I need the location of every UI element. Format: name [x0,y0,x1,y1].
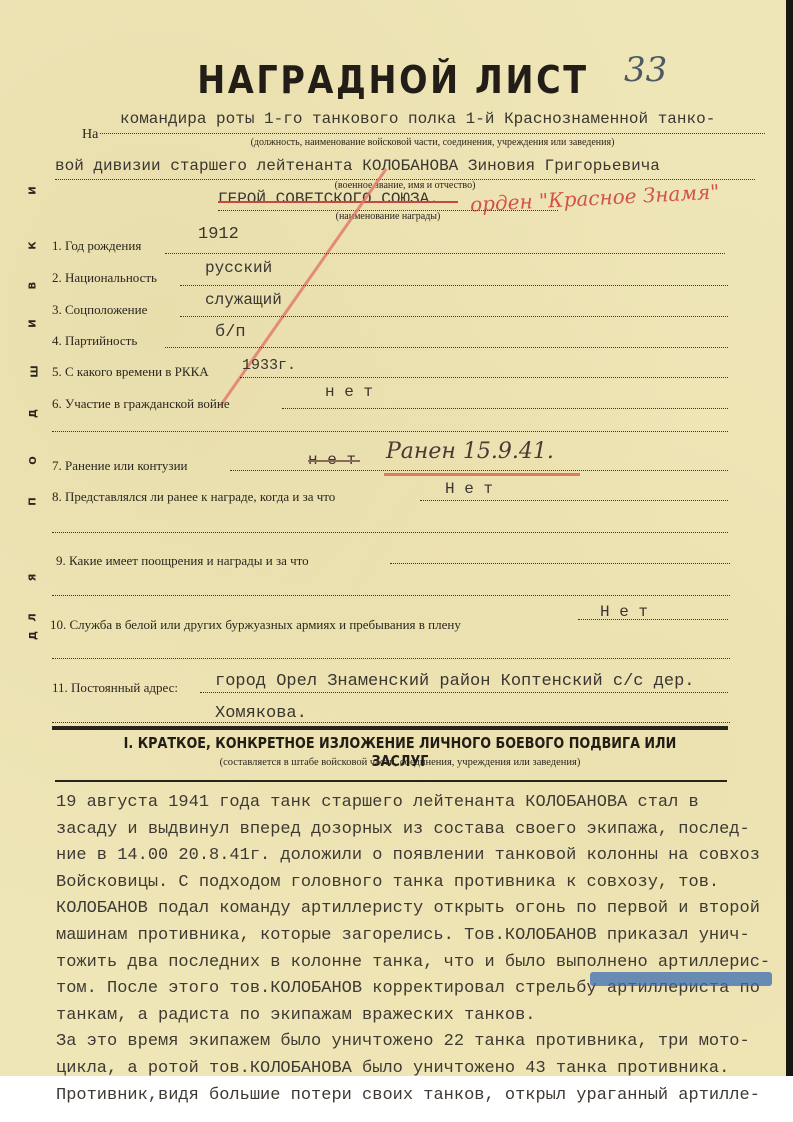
narrative-line: Войсковицы. С подходом головного танка п… [56,870,786,897]
narrative-line: танкам, а радиста по экипажам вражеских … [56,1003,786,1030]
red-underline [384,473,580,476]
margin-letter: Ш [30,365,41,377]
margin-letter: В [27,282,38,290]
margin-letter: П [28,497,39,505]
narrative-line: засаду и выдвинул вперед дозорных из сос… [56,817,786,844]
margin-letter: Д [28,409,39,418]
field-label-birth-year: 1. Год рождения [52,238,141,254]
award-typed-struck: ГЕРОЙ СОВЕТСКОГО СОЮЗА. [218,190,439,208]
dotted-rule [200,692,728,693]
dotted-rule [52,722,730,723]
field-value-birth-year: 1912 [198,225,239,244]
dotted-rule [100,133,765,134]
narrative-line: За это время экипажем было уничтожено 22… [56,1029,786,1056]
field-label-address: 11. Постоянный адрес: [52,680,178,696]
narrative-line: ние в 14.00 20.8.41г. доложили о появлен… [56,843,786,870]
position-caption: (должность, наименование войсковой части… [100,137,765,148]
field-value-prior-awards: Н е т [445,480,493,498]
scan-edge [786,0,793,1076]
strikethrough-line [308,460,360,462]
field-value-rkka: 1933г. [242,357,296,374]
field-value-civil-war: н е т [325,383,373,401]
narrative-line: КОЛОБАНОВ подал команду артиллеристу отк… [56,896,786,923]
dotted-rule [282,408,728,409]
position-line1: командира роты 1-го танкового полка 1-й … [120,110,715,128]
field-value-nationality: русский [205,259,272,277]
strikethrough-line [218,201,458,203]
dotted-rule [230,470,728,471]
section-caption: (составляется в штабе войсковой части, с… [40,757,760,768]
narrative-line: цикла, а ротой тов.КОЛОБАНОВА было уничт… [56,1056,786,1083]
field-label-prior-awards: 8. Представлялся ли ранее к награде, ког… [52,489,335,505]
margin-letter: К [28,241,39,249]
narrative-line: 19 августа 1941 года танк старшего лейте… [56,790,786,817]
dotted-rule [52,532,728,533]
field-value-social: служащий [205,291,282,309]
section-rule-top [52,726,728,730]
blue-ink-redaction [590,972,772,986]
field-label-civil-war: 6. Участие в гражданской войне [52,396,230,412]
dotted-rule [165,253,725,254]
na-label: На [82,127,98,143]
field-label-commendations: 9. Какие имеет поощрения и награды и за … [56,553,309,569]
dotted-rule [240,377,728,378]
dotted-rule [390,563,730,564]
dotted-rule [420,500,728,501]
margin-letter: Д [28,631,39,640]
field-label-party: 4. Партийность [52,333,137,349]
dotted-rule [165,347,728,348]
section-rule-bottom [55,780,727,782]
field-value-party: б/п [215,323,246,342]
narrative-line: машинам противника, которые загорелись. … [56,923,786,950]
field-handwritten-wounded: Ранен 15.9.41. [386,439,554,464]
margin-letter: И [28,186,39,194]
margin-letter: И [28,319,39,327]
dotted-rule [52,658,730,659]
margin-letter: Я [27,574,38,582]
field-label-rkka: 5. С какого времени в РККА [52,364,209,380]
dotted-rule [578,619,728,620]
margin-letter: О [28,456,39,465]
dotted-rule [52,595,730,596]
field-label-social: 3. Соцположение [52,302,147,318]
field-value-address-line2: Хомякова. [215,704,307,723]
pencil-page-number: 33 [624,50,667,90]
field-label-wounds: 7. Ранение или контузии [52,458,187,474]
dotted-rule [52,431,728,432]
position-line2: вой дивизии старшего лейтенанта КОЛОБАНО… [55,157,660,175]
dotted-rule [180,316,728,317]
margin-letter: Л [28,613,39,621]
narrative-line: Противник,видя большие потери своих танк… [56,1083,786,1110]
dotted-rule [180,285,728,286]
field-label-nationality: 2. Национальность [52,270,157,286]
award-caption: (наименование награды) [218,211,558,222]
field-label-white-army: 10. Служба в белой или других буржуазных… [50,617,461,633]
narrative-text: 19 августа 1941 года танк старшего лейте… [56,790,786,1109]
field-value-address: город Орел Знаменский район Коптенский с… [215,672,694,691]
